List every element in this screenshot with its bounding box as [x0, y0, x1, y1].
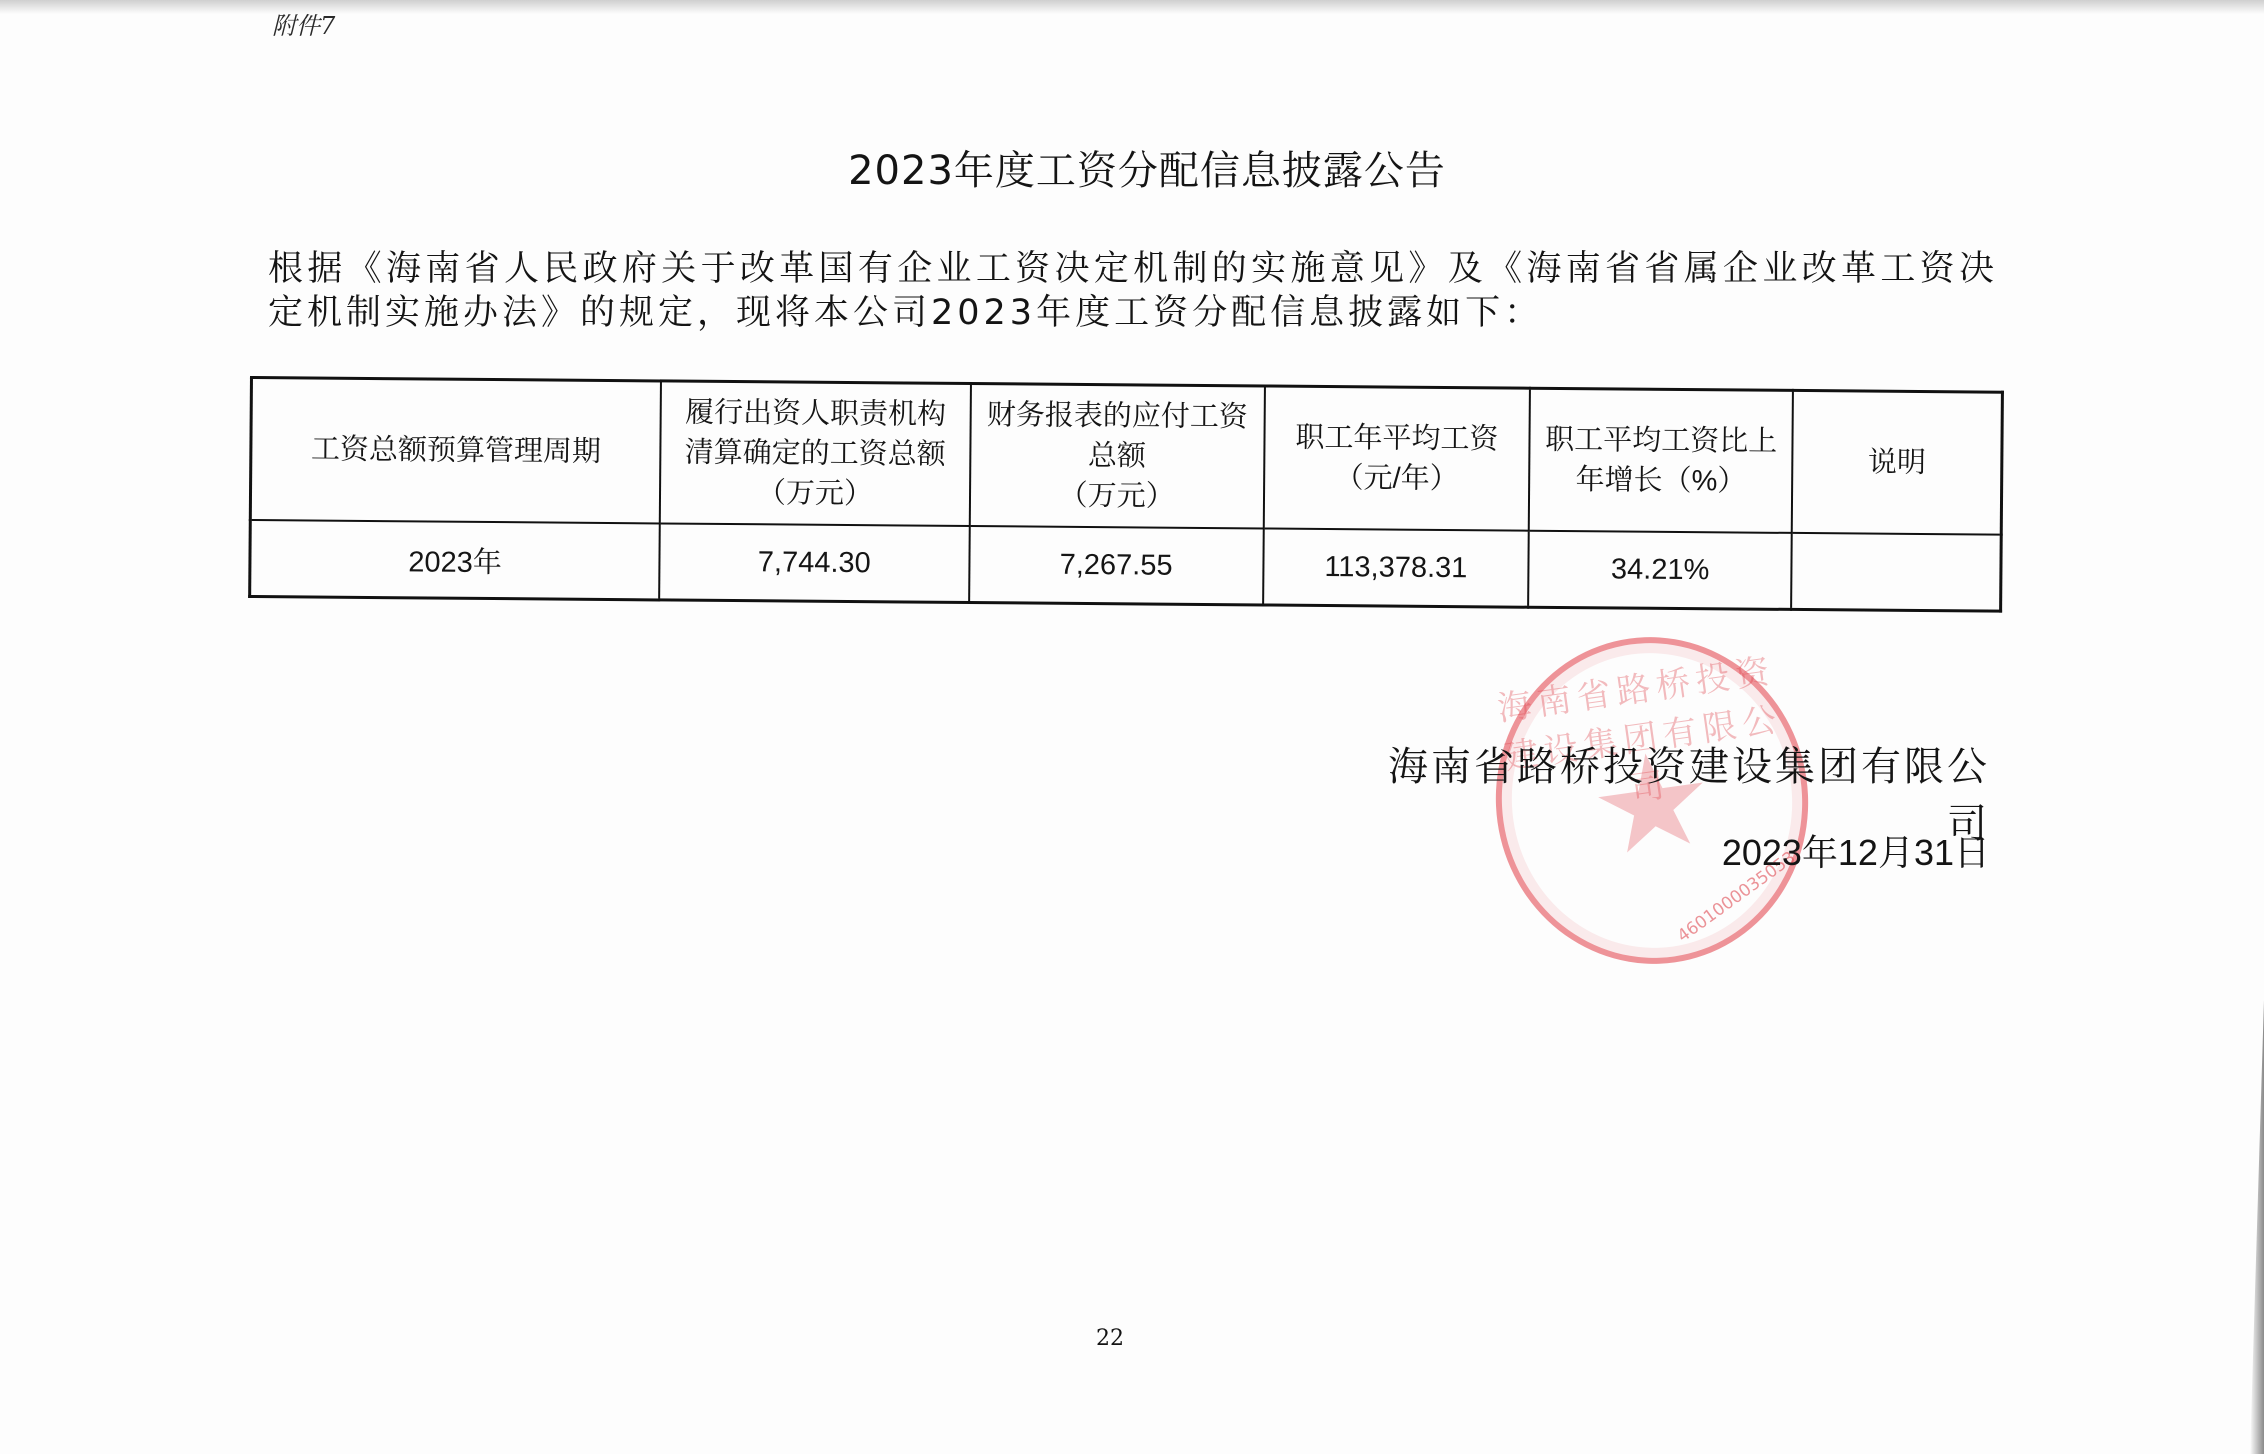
scan-edge-shadow	[2250, 1000, 2264, 1454]
header-avg-wage-growth: 职工平均工资比上 年增长（%）	[1529, 388, 1793, 533]
table-row: 2023年 7,744.30 7,267.55 113,378.31 34.21…	[250, 520, 2002, 611]
header-note: 说明	[1792, 390, 2002, 534]
scan-top-shadow	[0, 0, 2264, 14]
signature-date: 2023年12月31日	[1600, 825, 1990, 876]
cell-note	[1791, 533, 2001, 611]
table-header-row: 工资总额预算管理周期 履行出资人职责机构 清算确定的工资总额 （万元） 财务报表…	[250, 378, 2002, 535]
header-payable-wage-total: 财务报表的应付工资 总额 （万元）	[969, 384, 1264, 529]
cell-cleared-total-wage: 7,744.30	[659, 523, 969, 602]
cell-period: 2023年	[250, 520, 660, 600]
header-cleared-total-wage: 履行出资人职责机构 清算确定的工资总额 （万元）	[660, 381, 971, 526]
document-title: 2023年度工资分配信息披露公告	[0, 139, 2264, 196]
wage-disclosure-table: 工资总额预算管理周期 履行出资人职责机构 清算确定的工资总额 （万元） 财务报表…	[248, 376, 2004, 613]
cell-avg-wage-growth: 34.21%	[1528, 531, 1792, 610]
intro-paragraph: 根据《海南省人民政府关于改革国有企业工资决定机制的实施意见》及《海南省省属企业改…	[268, 247, 1998, 335]
wage-disclosure-table-container: 工资总额预算管理周期 履行出资人职责机构 清算确定的工资总额 （万元） 财务报表…	[248, 376, 2004, 613]
header-budget-period: 工资总额预算管理周期	[250, 378, 661, 524]
attachment-label: 附件7	[272, 6, 335, 41]
cell-payable-wage-total: 7,267.55	[969, 526, 1264, 605]
header-avg-annual-wage: 职工年平均工资 （元/年）	[1264, 386, 1531, 531]
cell-avg-annual-wage: 113,378.31	[1263, 528, 1529, 607]
page-number: 22	[1080, 1326, 1140, 1351]
